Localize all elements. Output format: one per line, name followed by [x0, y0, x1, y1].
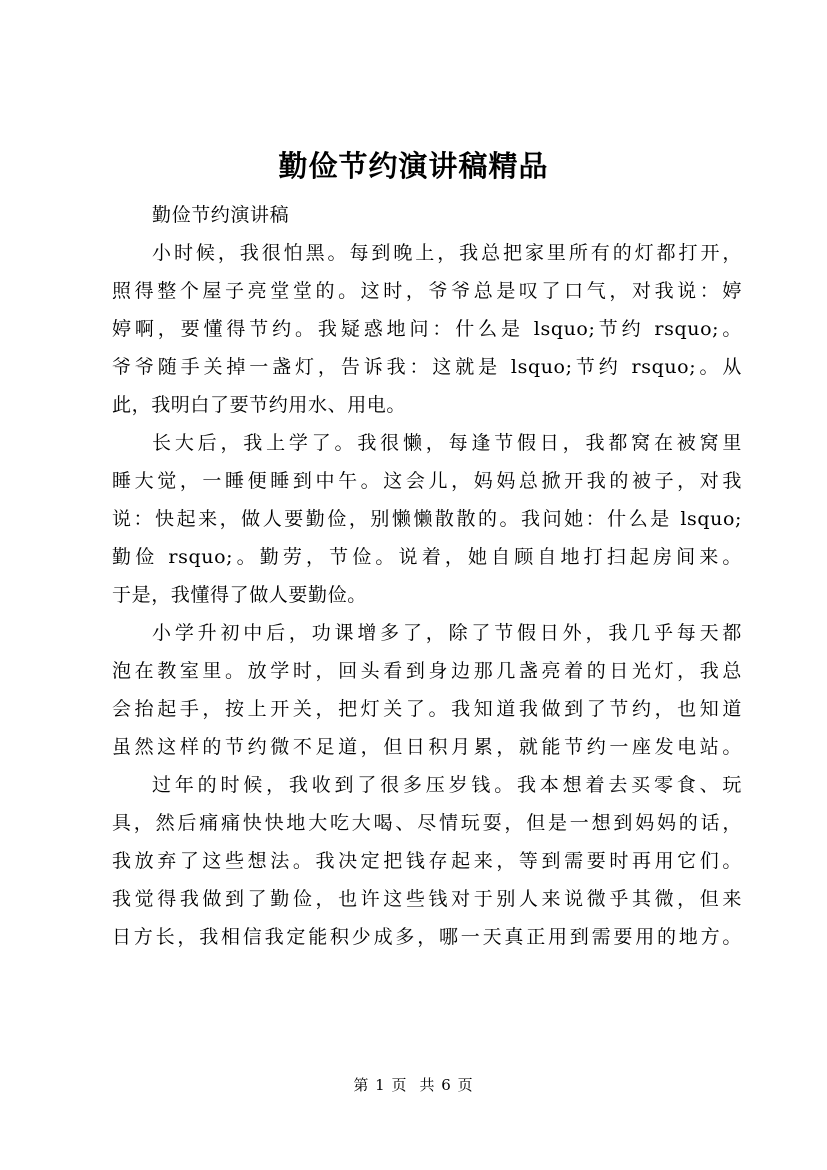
document-subtitle: 勤俭节约演讲稿 — [112, 196, 742, 234]
text-line: 会抬起手，按上开关，把灯关了。我知道我做到了节约，也知道 — [112, 690, 742, 728]
text-line: 泡在教室里。放学时，回头看到身边那几盏亮着的日光灯，我总 — [112, 652, 742, 690]
text-line: 小学升初中后，功课增多了，除了节假日外，我几乎每天都 — [112, 614, 742, 652]
document-body: 勤俭节约演讲稿 小时候，我很怕黑。每到晚上，我总把家里所有的灯都打开，照得整个屋… — [112, 196, 742, 956]
text-line: 我觉得我做到了勤俭，也许这些钱对于别人来说微乎其微，但来 — [112, 880, 742, 918]
text-line: 于是，我懂得了做人要勤俭。 — [112, 576, 742, 614]
page-total: 共 6 页 — [420, 1076, 474, 1094]
text-line: 睡大觉，一睡便睡到中午。这会儿，妈妈总掀开我的被子，对我 — [112, 462, 742, 500]
document-title: 勤俭节约演讲稿精品 — [0, 146, 827, 186]
text-line: 勤俭 rsquo;。勤劳，节俭。说着，她自顾自地打扫起房间来。 — [112, 538, 742, 576]
text-line: 具，然后痛痛快快地大吃大喝、尽情玩耍，但是一想到妈妈的话， — [112, 804, 742, 842]
text-line: 日方长，我相信我定能积少成多，哪一天真正用到需要用的地方。 — [112, 918, 742, 956]
text-line: 婷啊，要懂得节约。我疑惑地问：什么是 lsquo;节约 rsquo;。 — [112, 310, 742, 348]
page-number: 第 1 页 — [353, 1076, 407, 1094]
text-line: 照得整个屋子亮堂堂的。这时，爷爷总是叹了口气，对我说：婷 — [112, 272, 742, 310]
page-footer: 第 1 页共 6 页 — [0, 1074, 827, 1096]
paragraph-lines: 小时候，我很怕黑。每到晚上，我总把家里所有的灯都打开，照得整个屋子亮堂堂的。这时… — [112, 234, 742, 956]
text-line: 过年的时候，我收到了很多压岁钱。我本想着去买零食、玩 — [112, 766, 742, 804]
document-page: 勤俭节约演讲稿精品 勤俭节约演讲稿 小时候，我很怕黑。每到晚上，我总把家里所有的… — [0, 0, 827, 1170]
text-line: 小时候，我很怕黑。每到晚上，我总把家里所有的灯都打开， — [112, 234, 742, 272]
text-line: 虽然这样的节约微不足道，但日积月累，就能节约一座发电站。 — [112, 728, 742, 766]
text-line: 爷爷随手关掉一盏灯，告诉我：这就是 lsquo;节约 rsquo;。从 — [112, 348, 742, 386]
text-line: 我放弃了这些想法。我决定把钱存起来，等到需要时再用它们。 — [112, 842, 742, 880]
text-line: 长大后，我上学了。我很懒，每逢节假日，我都窝在被窝里 — [112, 424, 742, 462]
text-line: 此，我明白了要节约用水、用电。 — [112, 386, 742, 424]
text-line: 说：快起来，做人要勤俭，别懒懒散散的。我问她：什么是 lsquo; — [112, 500, 742, 538]
